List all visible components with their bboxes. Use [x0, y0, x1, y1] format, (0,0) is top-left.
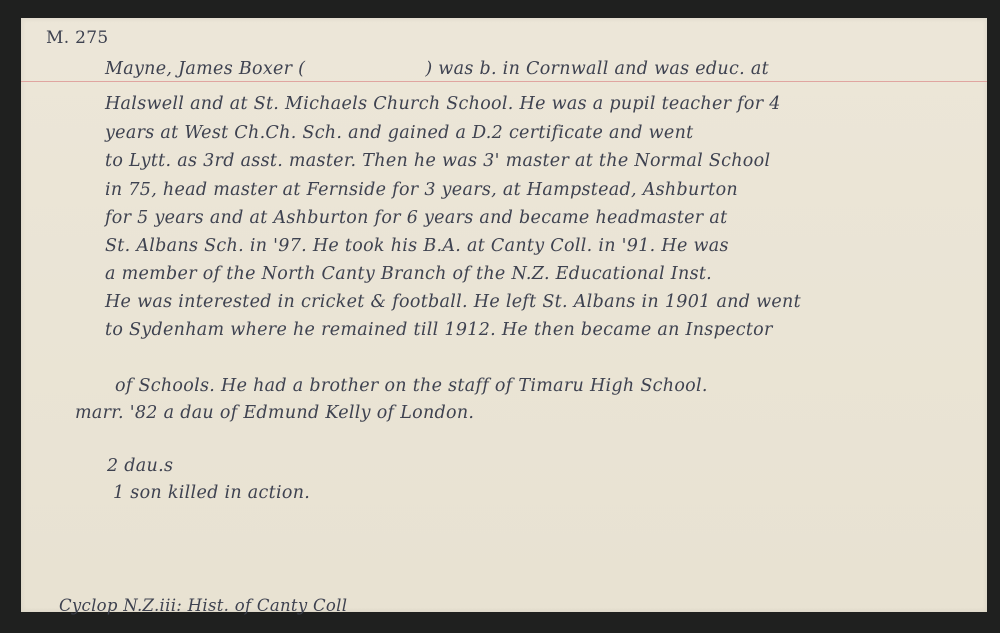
index-card: M. 275 Mayne, James Boxer () was b. in C… [21, 18, 987, 612]
children-line: 2 dau.s [107, 456, 173, 476]
header-rule [21, 81, 987, 82]
name-line-rest: ) was b. in Cornwall and was educ. at [425, 59, 769, 79]
source-footnote: Cyclop N.Z.iii: Hist. of Canty Coll [59, 596, 347, 615]
body-line: He was interested in cricket & football.… [105, 292, 801, 312]
marriage-line: marr. '82 a dau of Edmund Kelly of Londo… [75, 403, 474, 423]
body-line: in 75, head master at Fernside for 3 yea… [105, 180, 738, 200]
children-line: 1 son killed in action. [113, 483, 310, 503]
body-line: St. Albans Sch. in '97. He took his B.A.… [105, 236, 729, 256]
body-line: Halswell and at St. Michaels Church Scho… [105, 94, 781, 114]
body-line: of Schools. He had a brother on the staf… [115, 376, 708, 396]
body-line: years at West Ch.Ch. Sch. and gained a D… [105, 123, 693, 143]
body-line: to Sydenham where he remained till 1912.… [105, 320, 773, 340]
body-line: a member of the North Canty Branch of th… [105, 264, 712, 284]
body-line: for 5 years and at Ashburton for 6 years… [105, 208, 727, 228]
name-line: Mayne, James Boxer () was b. in Cornwall… [105, 59, 769, 79]
body-line: to Lytt. as 3rd asst. master. Then he wa… [105, 151, 770, 171]
reference-number: M. 275 [46, 28, 108, 48]
person-name: Mayne, James Boxer ( [105, 59, 305, 79]
